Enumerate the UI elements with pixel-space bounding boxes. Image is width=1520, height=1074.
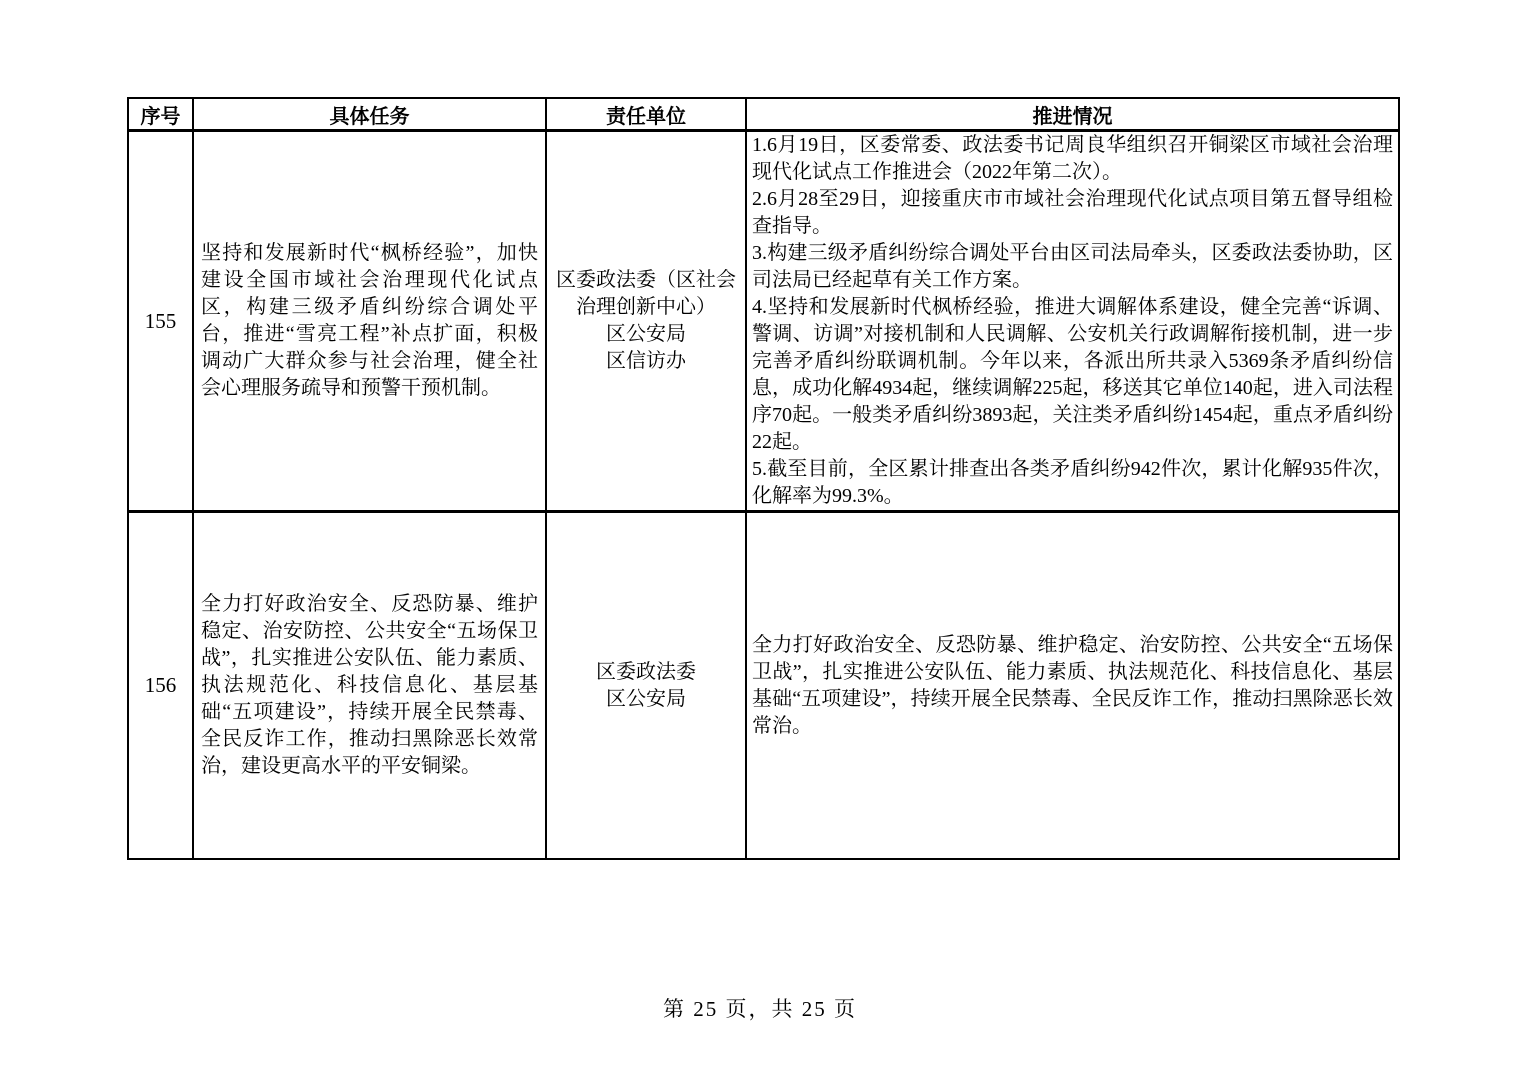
unit-line: 区委政法委（区社会治理创新中心） bbox=[551, 267, 741, 321]
unit-line: 区公安局 bbox=[551, 321, 741, 348]
header-responsible-unit: 责任单位 bbox=[546, 98, 746, 131]
table-header-row: 序号 具体任务 责任单位 推进情况 bbox=[128, 98, 1399, 131]
progress-item: 全力打好政治安全、反恐防暴、维护稳定、治安防控、公共安全“五场保卫战”，扎实推进… bbox=[752, 632, 1393, 740]
unit-line: 区信访办 bbox=[551, 348, 741, 375]
progress-item: 4.坚持和发展新时代枫桥经验，推进大调解体系建设，健全完善“诉调、警调、访调”对… bbox=[752, 294, 1393, 456]
responsible-units-156: 区委政法委 区公安局 bbox=[546, 512, 746, 860]
serial-number-155: 155 bbox=[128, 131, 193, 512]
unit-line: 区委政法委 bbox=[551, 659, 741, 686]
progress-item: 2.6月28至29日，迎接重庆市市域社会治理现代化试点项目第五督导组检查指导。 bbox=[752, 186, 1393, 240]
progress-status-155: 1.6月19日，区委常委、政法委书记周良华组织召开铜梁区市域社会治理现代化试点工… bbox=[746, 131, 1399, 512]
page-footer: 第 25 页，共 25 页 bbox=[0, 993, 1520, 1023]
responsible-units-155: 区委政法委（区社会治理创新中心） 区公安局 区信访办 bbox=[546, 131, 746, 512]
document-page: 序号 具体任务 责任单位 推进情况 155 坚持和发展新时代“枫桥经验”，加快建… bbox=[0, 0, 1520, 1074]
header-specific-task: 具体任务 bbox=[193, 98, 546, 131]
header-progress-status: 推进情况 bbox=[746, 98, 1399, 131]
progress-item: 3.构建三级矛盾纠纷综合调处平台由区司法局牵头，区委政法委协助，区司法局已经起草… bbox=[752, 240, 1393, 294]
unit-line: 区公安局 bbox=[551, 686, 741, 713]
table-row-156: 156 全力打好政治安全、反恐防暴、维护稳定、治安防控、公共安全“五场保卫战”，… bbox=[128, 512, 1399, 860]
progress-item: 5.截至目前，全区累计排查出各类矛盾纠纷942件次，累计化解935件次，化解率为… bbox=[752, 456, 1393, 510]
task-text-155: 坚持和发展新时代“枫桥经验”，加快建设全国市域社会治理现代化试点区，构建三级矛盾… bbox=[193, 131, 546, 512]
task-text-156: 全力打好政治安全、反恐防暴、维护稳定、治安防控、公共安全“五场保卫战”，扎实推进… bbox=[193, 512, 546, 860]
serial-number-156: 156 bbox=[128, 512, 193, 860]
progress-status-156: 全力打好政治安全、反恐防暴、维护稳定、治安防控、公共安全“五场保卫战”，扎实推进… bbox=[746, 512, 1399, 860]
table-row-155: 155 坚持和发展新时代“枫桥经验”，加快建设全国市域社会治理现代化试点区，构建… bbox=[128, 131, 1399, 512]
header-serial-number: 序号 bbox=[128, 98, 193, 131]
progress-table: 序号 具体任务 责任单位 推进情况 155 坚持和发展新时代“枫桥经验”，加快建… bbox=[127, 97, 1400, 860]
progress-item: 1.6月19日，区委常委、政法委书记周良华组织召开铜梁区市域社会治理现代化试点工… bbox=[752, 132, 1393, 186]
